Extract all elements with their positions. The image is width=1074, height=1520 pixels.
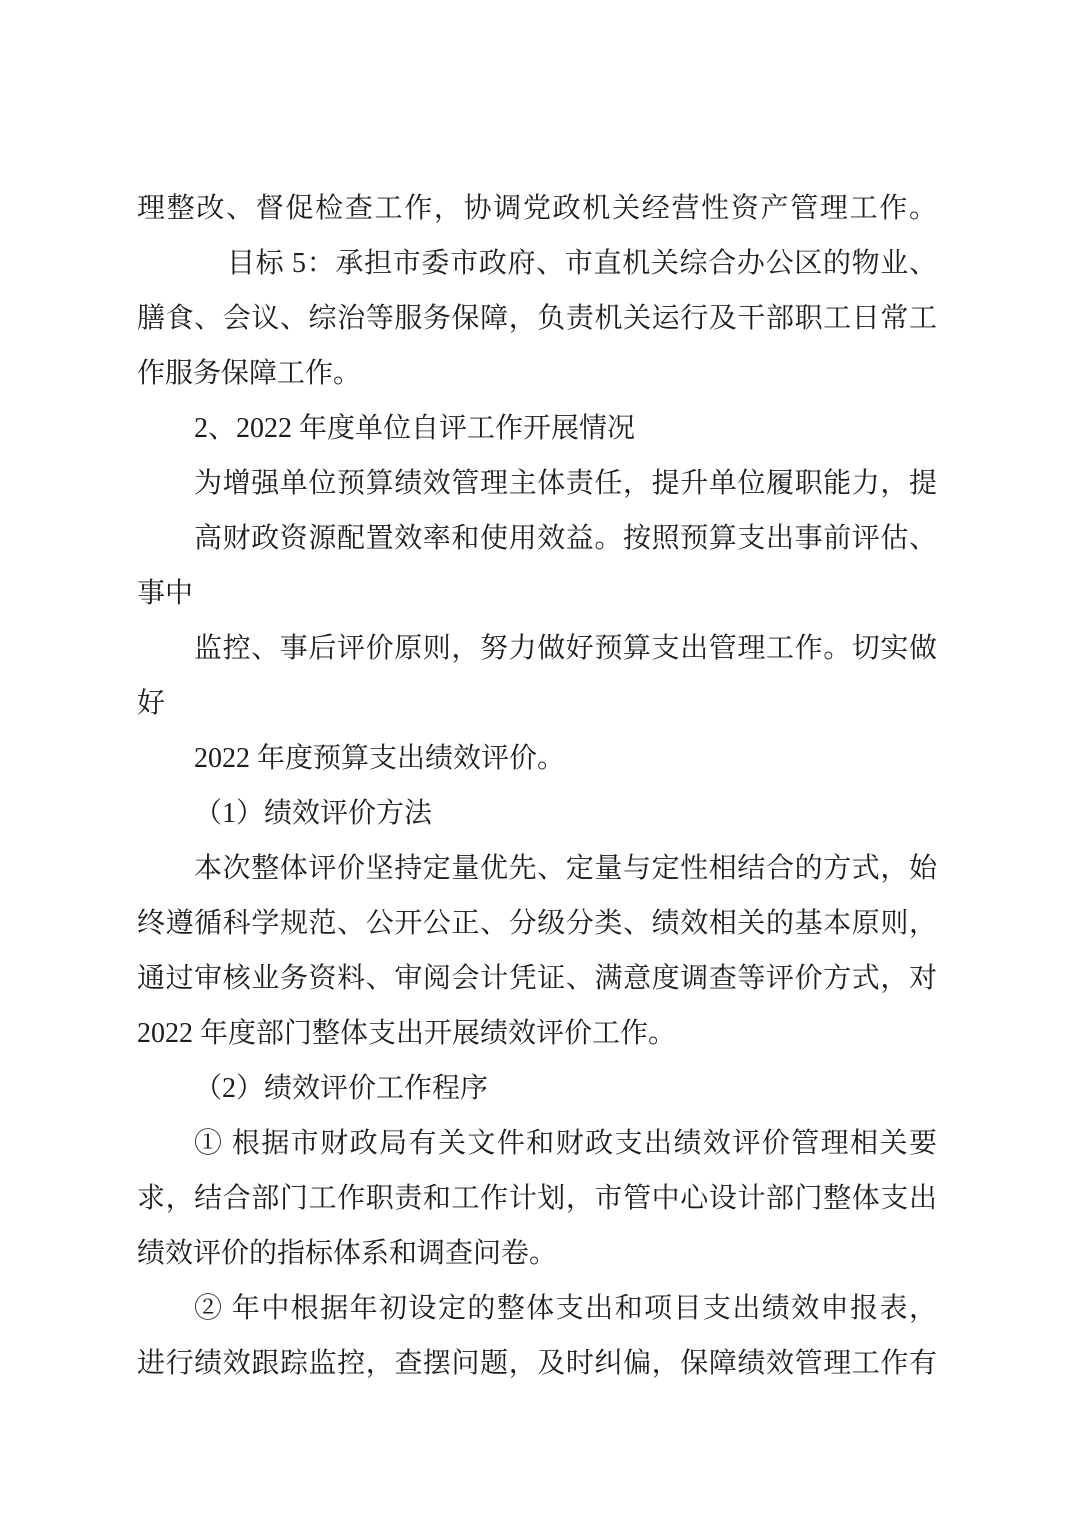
text-line: （2）绩效评价工作程序 <box>137 1061 937 1116</box>
text-line: 绩效评价的指标体系和调查问卷。 <box>137 1226 937 1281</box>
text-line: 为增强单位预算绩效管理主体责任，提升单位履职能力，提 <box>137 456 937 511</box>
text-line: 2022 年度预算支出绩效评价。 <box>137 731 937 786</box>
text-line: （1）绩效评价方法 <box>137 786 937 841</box>
text-line: 2、2022 年度单位自评工作开展情况 <box>137 401 937 456</box>
text-line: ② 年中根据年初设定的整体支出和项目支出绩效申报表， <box>137 1281 937 1336</box>
text-line: 终遵循科学规范、公开公正、分级分类、绩效相关的基本原则， <box>137 896 937 951</box>
text-line: 作服务保障工作。 <box>137 346 937 401</box>
text-line: ① 根据市财政局有关文件和财政支出绩效评价管理相关要 <box>137 1116 937 1171</box>
text-line: 监控、事后评价原则，努力做好预算支出管理工作。切实做 <box>137 621 937 676</box>
text-line: 理整改、督促检查工作，协调党政机关经营性资产管理工作。 <box>137 181 937 236</box>
text-line: 高财政资源配置效率和使用效益。按照预算支出事前评估、 <box>137 511 937 566</box>
text-line: 求，结合部门工作职责和工作计划，市管中心设计部门整体支出 <box>137 1171 937 1226</box>
document-page: 理整改、督促检查工作，协调党政机关经营性资产管理工作。 目标 5：承担市委市政府… <box>137 181 937 1391</box>
document-canvas: { "page": { "background_color": "#ffffff… <box>0 0 1074 1520</box>
text-line: 本次整体评价坚持定量优先、定量与定性相结合的方式，始 <box>137 841 937 896</box>
text-line: 目标 5：承担市委市政府、市直机关综合办公区的物业、 <box>137 236 937 291</box>
text-line: 通过审核业务资料、审阅会计凭证、满意度调查等评价方式，对 <box>137 951 937 1006</box>
text-line: 膳食、会议、综治等服务保障，负责机关运行及干部职工日常工 <box>137 291 937 346</box>
text-line: 进行绩效跟踪监控，查摆问题，及时纠偏，保障绩效管理工作有 <box>137 1336 937 1391</box>
text-line: 好 <box>137 676 937 731</box>
text-line: 事中 <box>137 566 937 621</box>
text-line: 2022 年度部门整体支出开展绩效评价工作。 <box>137 1006 937 1061</box>
